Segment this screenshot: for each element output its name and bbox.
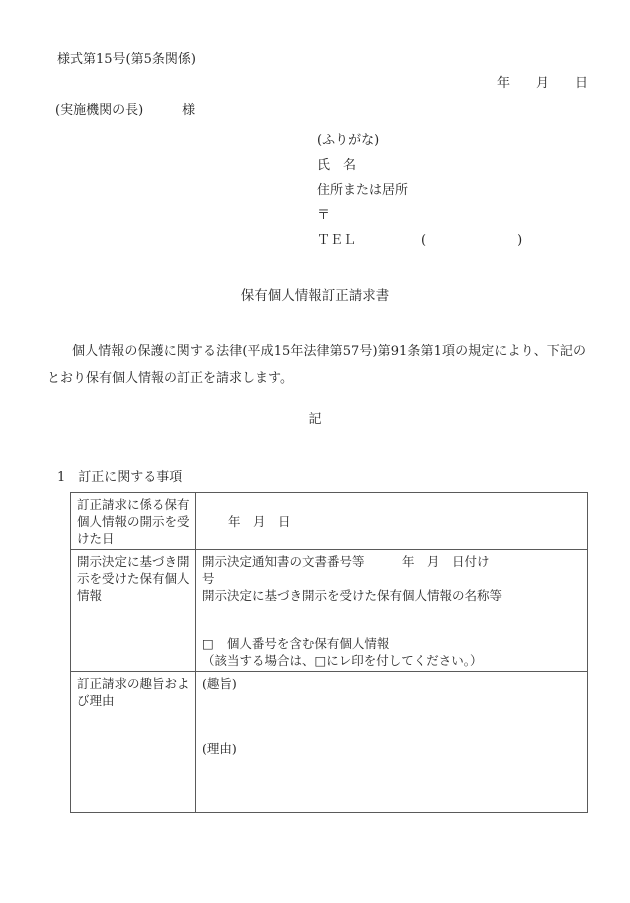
info-name-line: 開示決定に基づき開示を受けた保有個人情報の名称等: [202, 587, 583, 604]
form-number: 様式第15号(第5条関係): [57, 52, 630, 68]
spacer: [202, 692, 583, 740]
purpose-label: (趣旨): [202, 675, 583, 692]
furigana-label: (ふりがな): [317, 128, 630, 153]
applicant-block: (ふりがな) 氏 名 住所または居所 〒 ＴＥＬ ( ): [317, 128, 630, 253]
section1-heading: 1 訂正に関する事項: [57, 470, 630, 486]
checkbox-note: （該当する場合は、□にレ印を付してください。）: [202, 652, 583, 669]
checkbox-icon: □: [202, 636, 214, 651]
body-paragraph: 個人情報の保護に関する法律(平成15年法律第57号)第91条第1項の規定により、…: [47, 338, 586, 392]
ki-marker: 記: [0, 412, 630, 428]
doc-number-line: 開示決定通知書の文書番号等 年 月 日付け 号: [202, 553, 583, 587]
row2-value-cell: 開示決定通知書の文書番号等 年 月 日付け 号 開示決定に基づき開示を受けた保有…: [196, 550, 588, 672]
table-row-disclosure-date: 訂正請求に係る保有個人情報の開示を受けた日 年 月 日: [71, 493, 588, 550]
date-line: 年 月 日: [0, 76, 588, 92]
row2-label: 開示決定に基づき開示を受けた保有個人情報: [71, 550, 196, 672]
row3-label: 訂正請求の趣旨および理由: [71, 672, 196, 813]
document-title: 保有個人情報訂正請求書: [0, 288, 630, 304]
document-page: 様式第15号(第5条関係) 年 月 日 (実施機関の長) 様 (ふりがな) 氏 …: [0, 0, 630, 903]
row1-label: 訂正請求に係る保有個人情報の開示を受けた日: [71, 493, 196, 550]
table-row-purpose-reason: 訂正請求の趣旨および理由 (趣旨) (理由): [71, 672, 588, 813]
address-label: 住所または居所: [317, 178, 630, 203]
reason-label: (理由): [202, 740, 583, 757]
tel-label: ＴＥＬ ( ): [317, 228, 630, 253]
correction-items-table: 訂正請求に係る保有個人情報の開示を受けた日 年 月 日 開示決定に基づき開示を受…: [70, 492, 588, 813]
postal-mark: 〒: [317, 203, 630, 228]
personal-number-checkbox-line: □個人番号を含む保有個人情報: [202, 635, 583, 652]
spacer: [202, 604, 583, 635]
addressee-line: (実施機関の長) 様: [55, 103, 630, 119]
checkbox-label: 個人番号を含む保有個人情報: [227, 636, 390, 651]
row1-date-value: 年 月 日: [196, 493, 588, 550]
table-row-disclosed-info: 開示決定に基づき開示を受けた保有個人情報 開示決定通知書の文書番号等 年 月 日…: [71, 550, 588, 672]
row3-value-cell: (趣旨) (理由): [196, 672, 588, 813]
name-label: 氏 名: [317, 153, 630, 178]
